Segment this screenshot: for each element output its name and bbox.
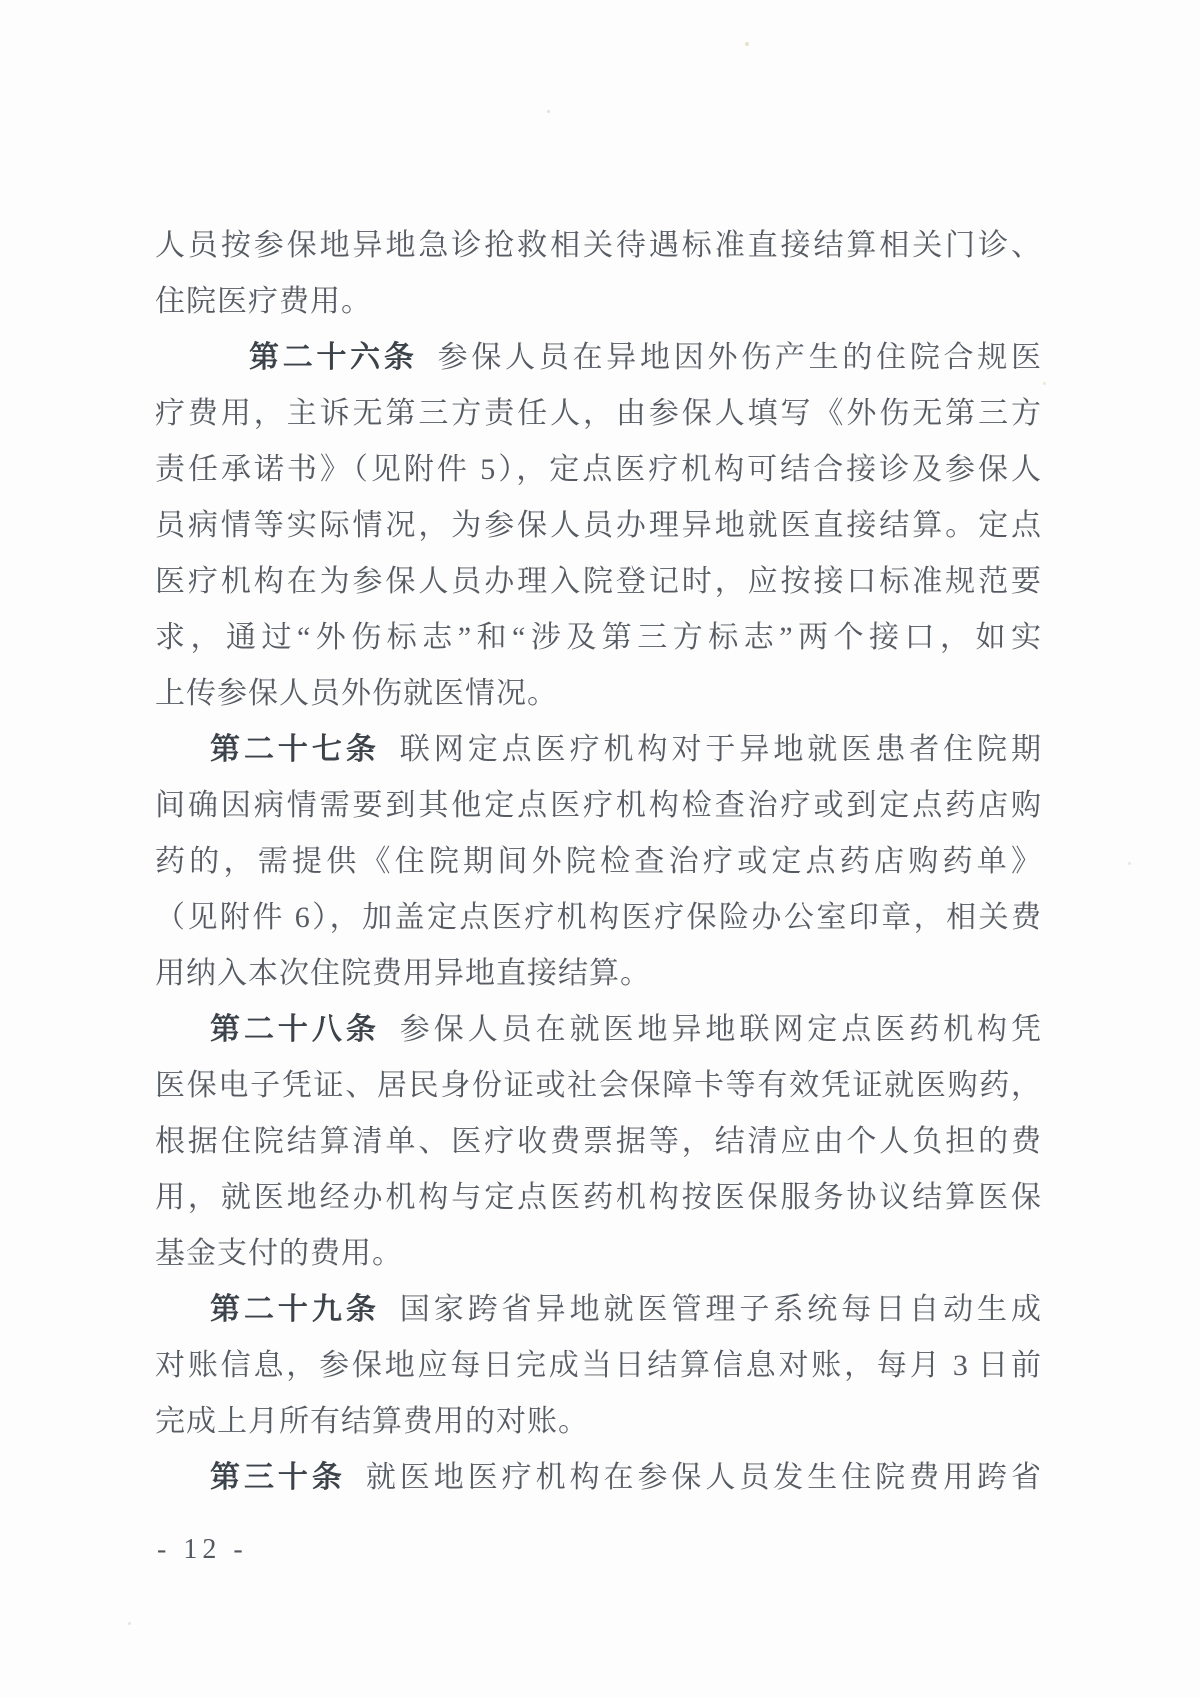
scan-speck [1128,862,1131,865]
line-text: 人员按参保地异地急诊抢救相关待遇标准直接结算相关门诊、 [155,229,1041,262]
text-line: 第三十条就医地医疗机构在参保人员发生住院费用跨省 [155,1450,1041,1506]
text-line: 完成上月所有结算费用的对账。 [155,1394,1041,1450]
text-line: 第二十七条联网定点医疗机构对于异地就医患者住院期 [155,722,1041,778]
line-text: 对账信息，参保地应每日完成当日结算信息对账，每月 3 日前 [155,1349,1041,1382]
article-heading: 第三十条 [210,1461,346,1494]
line-text: 上传参保人员外伤就医情况。 [155,677,558,710]
text-line: 根据住院结算清单、医疗收费票据等，结清应由个人负担的费 [155,1114,1041,1170]
line-text: 基金支付的费用。 [155,1237,403,1270]
scan-speck [128,1622,131,1625]
text-line: 求，通过“外伤标志”和“涉及第三方标志”两个接口，如实 [155,610,1041,666]
text-line: 人员按参保地异地急诊抢救相关待遇标准直接结算相关门诊、 [155,218,1041,274]
document-page: 人员按参保地异地急诊抢救相关待遇标准直接结算相关门诊、 住院医疗费用。 第二十六… [0,0,1200,1697]
scan-speck [1043,382,1046,385]
line-text: 间确因病情需要到其他定点医疗机构检查治疗或到定点药店购 [155,789,1041,822]
text-line: 药的，需提供《住院期间外院检查治疗或定点药店购药单》 [155,834,1041,890]
line-text: 用纳入本次住院费用异地直接结算。 [155,957,651,990]
text-line: 员病情等实际情况，为参保人员办理异地就医直接结算。定点 [155,498,1041,554]
line-text: 参保人员在就医地异地联网定点医药机构凭 [400,1013,1041,1046]
text-line: 第二十八条参保人员在就医地异地联网定点医药机构凭 [155,1002,1041,1058]
text-line: 医保电子凭证、居民身份证或社会保障卡等有效凭证就医购药， [155,1058,1041,1114]
line-text: 医疗机构在为参保人员办理入院登记时，应按接口标准规范要 [155,565,1041,598]
text-line: 用，就医地经办机构与定点医药机构按医保服务协议结算医保 [155,1170,1041,1226]
line-text: 完成上月所有结算费用的对账。 [155,1405,589,1438]
text-line: 上传参保人员外伤就医情况。 [155,666,1041,722]
line-text: 根据住院结算清单、医疗收费票据等，结清应由个人负担的费 [155,1125,1041,1158]
text-line: 第二十六条参保人员在异地因外伤产生的住院合规医 [155,330,1041,386]
article-heading: 第二十六条 [249,341,418,374]
page-number: - 12 - [157,1534,248,1566]
text-line: （见附件 6），加盖定点医疗机构医疗保险办公室印章，相关费 [155,890,1041,946]
line-text: 药的，需提供《住院期间外院检查治疗或定点药店购药单》 [155,845,1041,878]
text-line: 第二十九条国家跨省异地就医管理子系统每日自动生成 [155,1282,1041,1338]
line-text: 医保电子凭证、居民身份证或社会保障卡等有效凭证就医购药， [155,1069,1041,1102]
line-text: 求，通过“外伤标志”和“涉及第三方标志”两个接口，如实 [155,621,1041,654]
line-text: 参保人员在异地因外伤产生的住院合规医 [438,341,1041,374]
line-text: 国家跨省异地就医管理子系统每日自动生成 [400,1293,1041,1326]
scan-speck [745,42,749,46]
line-text: 用，就医地经办机构与定点医药机构按医保服务协议结算医保 [155,1181,1041,1214]
text-line: 疗费用，主诉无第三方责任人，由参保人填写《外伤无第三方 [155,386,1041,442]
line-text: 责任承诺书》（见附件 5），定点医疗机构可结合接诊及参保人 [155,453,1041,486]
article-heading: 第二十九条 [210,1293,380,1326]
text-line: 对账信息，参保地应每日完成当日结算信息对账，每月 3 日前 [155,1338,1041,1394]
line-text: 就医地医疗机构在参保人员发生住院费用跨省 [366,1461,1041,1494]
text-line: 用纳入本次住院费用异地直接结算。 [155,946,1041,1002]
text-line: 基金支付的费用。 [155,1226,1041,1282]
line-text: 联网定点医疗机构对于异地就医患者住院期 [400,733,1041,766]
article-heading: 第二十七条 [210,733,380,766]
text-line: 责任承诺书》（见附件 5），定点医疗机构可结合接诊及参保人 [155,442,1041,498]
line-text: 住院医疗费用。 [155,285,372,318]
line-text: 疗费用，主诉无第三方责任人，由参保人填写《外伤无第三方 [155,397,1041,430]
text-line: 医疗机构在为参保人员办理入院登记时，应按接口标准规范要 [155,554,1041,610]
text-line: 间确因病情需要到其他定点医疗机构检查治疗或到定点药店购 [155,778,1041,834]
text-line: 住院医疗费用。 [155,274,1041,330]
line-text: 员病情等实际情况，为参保人员办理异地就医直接结算。定点 [155,509,1041,542]
document-body: 人员按参保地异地急诊抢救相关待遇标准直接结算相关门诊、 住院医疗费用。 第二十六… [155,218,1041,1506]
scan-speck [547,110,550,113]
line-text: （见附件 6），加盖定点医疗机构医疗保险办公室印章，相关费 [155,901,1041,934]
article-heading: 第二十八条 [210,1013,380,1046]
